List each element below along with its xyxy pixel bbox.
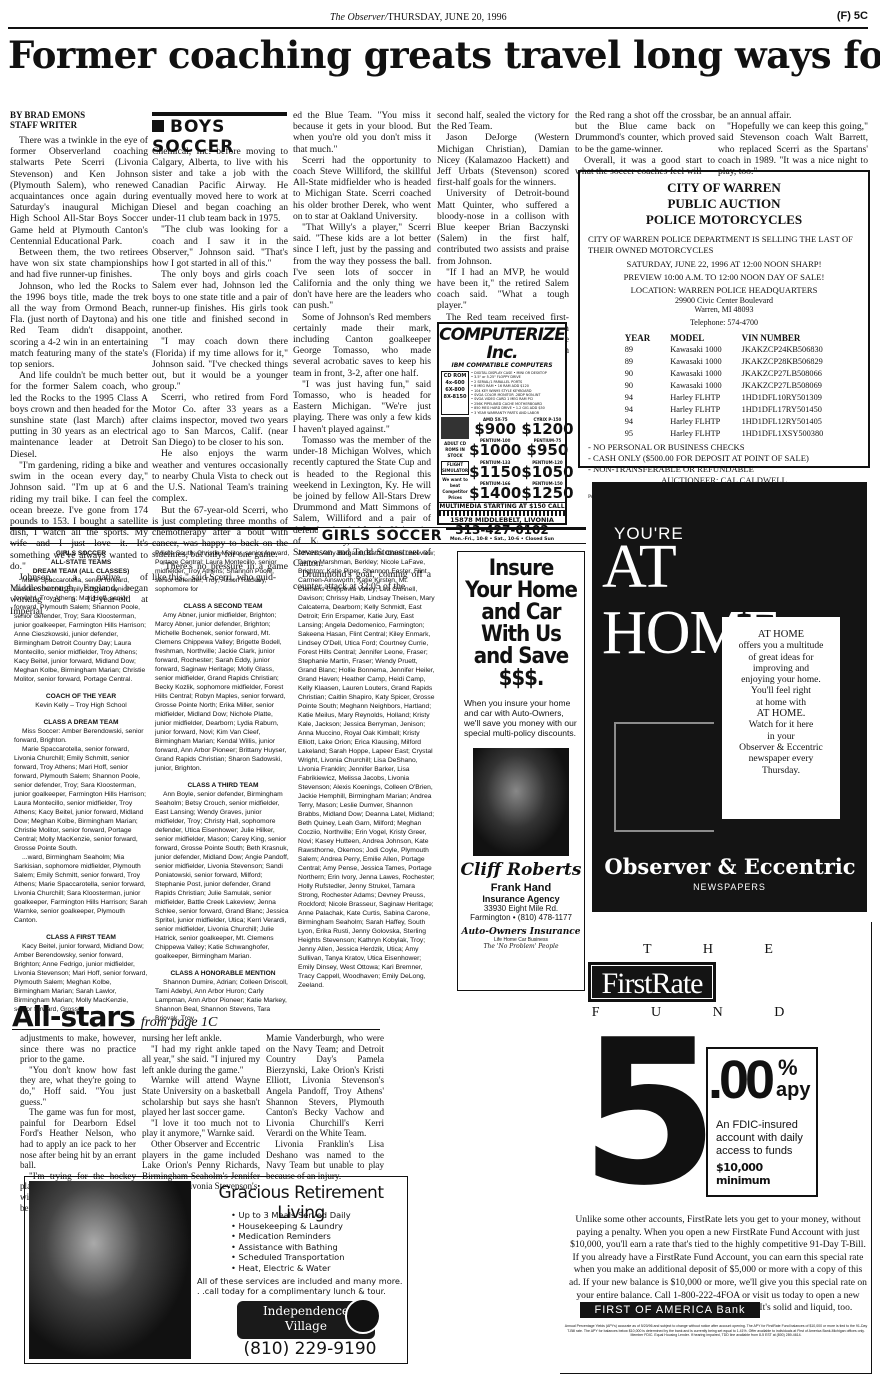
cell: 90 [615, 380, 661, 392]
paragraph: nursing her left ankle. [142, 1033, 260, 1044]
list-entry: Amy Abner, junior midfielder, Brighton; … [155, 611, 291, 773]
byline-role: STAFF WRITER [10, 120, 148, 130]
paragraph: Scerri had the opportunity to coach Stev… [293, 155, 431, 222]
table-row: 94Harley FLHTP1HD1DFL10RY501309 [615, 392, 834, 404]
story-column-6: be an annual affair. "Hopefully we can k… [718, 110, 868, 177]
auction-location: LOCATION: WARREN POLICE HEADQUARTERS [588, 285, 860, 296]
price-item: PENTIUM-120$1050 [521, 460, 573, 480]
auction-preview: PREVIEW 10:00 A.M. TO 12:00 NOON DAY OF … [588, 272, 860, 283]
auction-intro: CITY OF WARREN POLICE DEPARTMENT IS SELL… [588, 234, 860, 256]
rate-integer: 5 [580, 1014, 709, 1214]
side-promo: ADULT CD ROMS IN STOCK [441, 441, 469, 459]
cell: 1HD1DFL17RY501450 [732, 404, 834, 416]
paragraph: "Hopefully we can keep this going," said… [718, 121, 868, 177]
auction-term: - NON-TRANSFERABLE OR REFUNDABLE [588, 464, 860, 475]
cell: JKAKZCP28KB506829 [732, 356, 834, 368]
paragraph: Chemical, Inc. before moving to Calgary,… [152, 146, 288, 224]
list-heading: ALL-STATE TEAMS [14, 558, 148, 567]
computerize-ad: COMPUTERIZE Inc. IBM COMPATIBLE COMPUTER… [437, 322, 567, 525]
price: $1150 [469, 465, 521, 479]
list-entry: Pointe South; Christie Molitor, senior f… [155, 549, 291, 594]
table-row: 95Harley FLHTP1HD1DFL1XSY500380 [615, 428, 834, 440]
copy-line: in your [722, 731, 840, 742]
agency-address: 33930 Eight Mile Rd. [458, 904, 584, 913]
cell: Kawasaki 1000 [660, 356, 731, 368]
cell: Harley FLHTP [660, 428, 731, 440]
page-headline: Former coaching greats travel long ways … [8, 34, 868, 76]
paragraph: "I love it too much not to play it anymo… [142, 1118, 260, 1139]
cell: 1HD1DFL1XSY500380 [732, 428, 834, 440]
section-title: GIRLS SOCCER [318, 528, 446, 544]
observer-eccentric-logo: Observer & Eccentric [600, 854, 860, 879]
jump-reference: from page 1C [141, 1015, 217, 1030]
price: $1250 [521, 486, 573, 500]
cell: Kawasaki 1000 [660, 368, 731, 380]
price-item: PENTIUM-166$1400 [469, 481, 521, 501]
spacer [14, 925, 148, 933]
price-item: PENTIUM-75$950 [521, 438, 573, 458]
cell: 90 [615, 368, 661, 380]
copy-line: offers you a multitude [722, 640, 840, 651]
copy-line: enjoying your home. [722, 674, 840, 685]
page-number: (F) 5C [837, 10, 868, 22]
auction-phone: Telephone: 574-4700 [588, 317, 860, 328]
column-header: VIN NUMBER [732, 332, 834, 344]
copy-line: Watch for it here [722, 719, 840, 730]
girls-list-col-1: GIRLS SOCCERALL-STATE TEAMSDREAM TEAM (A… [14, 549, 148, 1014]
spacer [155, 594, 291, 602]
ad-headline: Insure Your Home and Car With Us and Sav… [458, 558, 584, 690]
allstars-column-3: Mamie Vanderburgh, who were on the Navy … [266, 1033, 384, 1181]
minimum-deposit: $10,000 minimum [716, 1161, 816, 1187]
warren-auction-ad: CITY OF WARREN PUBLIC AUCTION POLICE MOT… [578, 170, 870, 468]
cell: Harley FLHTP [660, 416, 731, 428]
list-heading: GIRLS SOCCER [14, 549, 148, 558]
list-heading: CLASS A HONORABLE MENTION [155, 969, 291, 978]
price: $1000 [469, 443, 521, 457]
computerize-tagline: IBM COMPATIBLE COMPUTERS [439, 362, 565, 369]
table-row: 90Kawasaki 1000JKAKZCP27LB508066 [615, 368, 834, 380]
price-item: PENTIUM-150$1250 [521, 481, 573, 501]
story-column-3: ed the Blue Team. "You miss it because i… [293, 110, 431, 592]
service-item: • Up to 3 Meals Served Daily [231, 1210, 351, 1221]
price-item: AMD 5X-75$900 [469, 417, 521, 437]
percent-sign: % [778, 1055, 798, 1081]
paragraph: Johnson, who led the Rocks to the 1996 b… [10, 281, 148, 371]
jump-title: All-stars [12, 1000, 135, 1033]
auction-title: POLICE MOTORCYCLES [588, 212, 860, 228]
table-row: 94Harley FLHTP1HD1DFL12RY501405 [615, 416, 834, 428]
independence-village-logo: Independence Village [237, 1301, 375, 1339]
price: $1400 [469, 486, 521, 500]
table-row: 89Kawasaki 1000JKAKZCP28KB506829 [615, 356, 834, 368]
computer-icon [441, 417, 469, 439]
side-promos: ADULT CD ROMS IN STOCK FLIGHT SIMULATOR … [441, 417, 469, 501]
list-heading: CLASS A FIRST TEAM [14, 933, 148, 942]
story-column-5: the Red rang a shot off the crossbar, bu… [575, 110, 715, 177]
cell: Harley FLHTP [660, 404, 731, 416]
service-item: • Heat, Electric & Water [231, 1263, 351, 1274]
cdrom-box: CD ROM 4x-600 6X-800 8X-8150 [441, 371, 469, 415]
paragraph: And life couldn't be much better for the… [10, 370, 148, 460]
agent-signature: Cliff Roberts [458, 860, 584, 880]
auction-title: PUBLIC AUCTION [588, 196, 860, 212]
residents-photo [29, 1181, 191, 1359]
paragraph: Warnke will attend Wayne State Universit… [142, 1075, 260, 1117]
paragraph: The only boys and girls coach Salem ever… [152, 269, 288, 336]
bank-logo: FIRST OF AMERICA Bank [580, 1302, 760, 1318]
paragraph: second half, sealed the victory for the … [437, 110, 569, 132]
paragraph: "The club was looking for a coach and I … [152, 224, 288, 269]
auction-date: SATURDAY, JUNE 22, 1996 AT 12:00 NOON SH… [588, 259, 860, 270]
house-illustration [614, 722, 714, 832]
cdrom-option: 8X-8150 [443, 394, 467, 401]
auction-term: - CASH ONLY ($500.00 FOR DEPOSIT AT POIN… [588, 453, 860, 464]
account-description: An FDIC-insured account with daily acces… [716, 1119, 816, 1158]
paragraph: He also enjoys the warm weather and vent… [152, 448, 288, 504]
list-heading: CLASS A DREAM TEAM [14, 718, 148, 727]
copy-line: AT HOME [722, 629, 840, 640]
first-of-america-ad: T H E FirstRate F U N D 5 .00 % apy An F… [560, 922, 872, 1374]
page-folio: The Observer/THURSDAY, JUNE 20, 1996 (F)… [0, 8, 880, 26]
list-heading: DREAM TEAM (All Classes) [14, 567, 148, 576]
paragraph: be an annual affair. [718, 110, 868, 121]
cell: Kawasaki 1000 [660, 344, 731, 356]
list-entry: Ann Boyle, senior defender, Birmingham S… [155, 790, 291, 961]
agency-type: Insurance Agency [458, 894, 584, 904]
paragraph: University of Detroit-bound Matt Quinter… [437, 188, 569, 266]
spacer [14, 684, 148, 692]
allstars-head: All-starsfrom page 1C [12, 1000, 380, 1030]
girls-soccer-section-head: GIRLS SOCCER [10, 527, 586, 543]
ad-body: Unlike some other accounts, FirstRate le… [568, 1214, 868, 1315]
service-item: • Scheduled Transportation [231, 1252, 351, 1263]
paragraph: "If I had an MVP, he would have been it,… [437, 267, 569, 312]
motorcycle-table: YEAR MODEL VIN NUMBER 89Kawasaki 1000JKA… [615, 332, 834, 440]
list-entry: Kevin Kelly – Troy High School [14, 701, 148, 710]
logo-subtitle: NEWSPAPERS [592, 882, 867, 892]
spacer [155, 773, 291, 781]
copy-line: Thursday. [722, 765, 840, 776]
paragraph: the Red rang a shot off the crossbar, bu… [575, 110, 715, 155]
auction-address: 29900 Civic Center Boulevard [588, 296, 860, 305]
table-row: 90Kawasaki 1000JKAKZCP27LB508069 [615, 380, 834, 392]
allstars-column-2: nursing her left ankle. "I had my right … [142, 1033, 260, 1192]
cell: 1HD1DFL10RY501309 [732, 392, 834, 404]
paragraph: Some of Johnson's Red members certainly … [293, 312, 431, 379]
square-bullet-icon [152, 120, 164, 132]
silhouette-icon [345, 1298, 381, 1334]
copy-line: of great ideas for [722, 652, 840, 663]
services-list: • Up to 3 Meals Served Daily • Housekeep… [231, 1210, 351, 1274]
agent-photo [473, 748, 569, 856]
cell: 94 [615, 392, 661, 404]
paragraph: Mamie Vanderburgh, who were on the Navy … [266, 1033, 384, 1139]
feature-list: • DIGITAL DISPLAY CASE • MINI OR DESKTOP… [471, 371, 563, 415]
spacer [14, 710, 148, 718]
top-rule [8, 27, 868, 29]
cell: JKAKZCP24KB506830 [732, 344, 834, 356]
cell: 1HD1DFL12RY501405 [732, 416, 834, 428]
paragraph: The game was fun for most, painful for D… [20, 1107, 136, 1171]
list-entry: Miss Soccer: Amber Berendowski, senior f… [14, 727, 148, 745]
side-promo: We want to beat Competitor Prices [441, 477, 469, 501]
table-row: 94Harley FLHTP1HD1DFL17RY501450 [615, 404, 834, 416]
boys-soccer-section-head: BOYS SOCCER [152, 112, 287, 138]
paragraph: Between them, the two retirees have won … [10, 247, 148, 281]
multimedia-promo: MULTIMEDIA STARTING AT $150 CALL [439, 502, 565, 511]
paragraph: "I may coach down there (Florida) if my … [152, 336, 288, 392]
cell: 95 [615, 428, 661, 440]
price: $900 [469, 422, 521, 436]
list-heading: CLASS A THIRD TEAM [155, 781, 291, 790]
byline: BY BRAD EMONS [10, 110, 148, 120]
table-row: 89Kawasaki 1000JKAKZCP24KB506830 [615, 344, 834, 356]
cell: 94 [615, 404, 661, 416]
paragraph: adjustments to make, however, since ther… [20, 1033, 136, 1065]
cell: 89 [615, 344, 661, 356]
paragraph: "I had my right ankle taped all year," s… [142, 1044, 260, 1076]
section-rule [10, 543, 586, 544]
agency-phone: Farmington • (810) 478-1177 [458, 913, 584, 922]
price-grid: AMD 5X-75$900 CYRIX P-150$1200 PENTIUM-1… [469, 417, 573, 501]
ad-kicker: T H E [610, 942, 830, 958]
ad-copy-box: AT HOME offers you a multitude of great … [722, 617, 840, 819]
column-header: MODEL [660, 332, 731, 344]
girls-list-col-2: Pointe South; Christie Molitor, senior f… [155, 549, 291, 1023]
cdrom-label: CD ROM [443, 373, 467, 380]
service-item: • Assistance with Bathing [231, 1242, 351, 1253]
service-item: • Medication Reminders [231, 1231, 351, 1242]
price: $950 [521, 443, 573, 457]
list-entry: ...ward, Birmingham Seaholm; Mia Sarkisi… [14, 853, 148, 925]
copy-line: newspaper every [722, 753, 840, 764]
paragraph: There was a twinkle in the eye of former… [10, 135, 148, 247]
price-item: CYRIX P-150$1200 [521, 417, 573, 437]
cell: Harley FLHTP [660, 392, 731, 404]
apy-label: apy [776, 1079, 810, 1102]
folio-date: The Observer/THURSDAY, JUNE 20, 1996 [330, 12, 507, 23]
copy-line: improving and [722, 663, 840, 674]
price: $1200 [521, 422, 573, 436]
price-item: PENTIUM-133$1150 [469, 460, 521, 480]
cdrom-option: 4x-600 [443, 380, 467, 387]
ad-body: When you insure your home and car with A… [458, 690, 584, 738]
list-heading: CLASS A SECOND TEAM [155, 602, 291, 611]
rate-decimal: .00 [708, 1051, 771, 1109]
paragraph: "That Willy's a player," Scerri said. "T… [293, 222, 431, 312]
copy-line: AT HOME. [722, 708, 840, 719]
story-column-2: Chemical, Inc. before moving to Calgary,… [152, 146, 288, 583]
agency-name: Frank Hand [458, 882, 584, 894]
list-entry: Marie Spaccarotella, senior forward, Liv… [14, 576, 148, 684]
girls-list-col-3: Athens; Amy Burgardt, Battle Creek Lakev… [298, 549, 436, 990]
ad-phone: (810) 229-9190 [225, 1339, 395, 1359]
at-home-ad: YOU'RE AT HOME AT HOME offers you a mult… [592, 482, 867, 912]
spacer [155, 961, 291, 969]
price-item: PENTIUM-100$1000 [469, 438, 521, 458]
paragraph: Livonia Franklin's Lisa Deshano was name… [266, 1139, 384, 1181]
auction-city: Warren, MI 48093 [588, 305, 860, 314]
table-header: YEAR MODEL VIN NUMBER [615, 332, 834, 344]
list-entry: Marie Spaccarotella, senior forward, Liv… [14, 745, 148, 853]
column-header: YEAR [615, 332, 661, 344]
list-entry: Athens; Amy Burgardt, Battle Creek Lakev… [298, 549, 436, 990]
fine-print: Annual Percentage Yields (APYs) accurate… [564, 1324, 868, 1338]
cell: 89 [615, 356, 661, 368]
paragraph: Jason DeJorge (Western Michigan Christia… [437, 132, 569, 188]
cell: Kawasaki 1000 [660, 380, 731, 392]
paragraph: "You don't know how fast they are, what … [20, 1065, 136, 1107]
list-heading: COACH OF THE YEAR [14, 692, 148, 701]
cell: JKAKZCP27LB508066 [732, 368, 834, 380]
cell: JKAKZCP27LB508069 [732, 380, 834, 392]
copy-line: You'll feel right [722, 685, 840, 696]
paragraph: Scerri, who retired from Ford Motor Co. … [152, 392, 288, 448]
rate-box: .00 % apy An FDIC-insured account with d… [706, 1047, 818, 1197]
paragraph: "I was just having fun," said Tomasso, w… [293, 379, 431, 435]
copy-line: Observer & Eccentric [722, 742, 840, 753]
price: $1050 [521, 465, 573, 479]
firstrate-logo: FirstRate [588, 962, 716, 1002]
cell: 94 [615, 416, 661, 428]
feature: • 3 YEAR WARRANTY PARTS AND LABOR [471, 411, 563, 415]
side-promo: FLIGHT SIMULATOR [441, 461, 469, 475]
cdrom-option: 6X-800 [443, 387, 467, 394]
copy-line: at home with [722, 697, 840, 708]
auction-term: - NO PERSONAL OR BUSINESS CHECKS [588, 442, 860, 453]
service-item: • Housekeeping & Laundry [231, 1221, 351, 1232]
auction-title: CITY OF WARREN [588, 180, 860, 196]
paragraph: ed the Blue Team. "You miss it because i… [293, 110, 431, 155]
ad-footer: All of these services are included and m… [197, 1276, 407, 1296]
computerize-logo: COMPUTERIZE Inc. [439, 326, 565, 362]
independence-village-ad: Gracious Retirement Living • Up to 3 Mea… [24, 1176, 408, 1364]
